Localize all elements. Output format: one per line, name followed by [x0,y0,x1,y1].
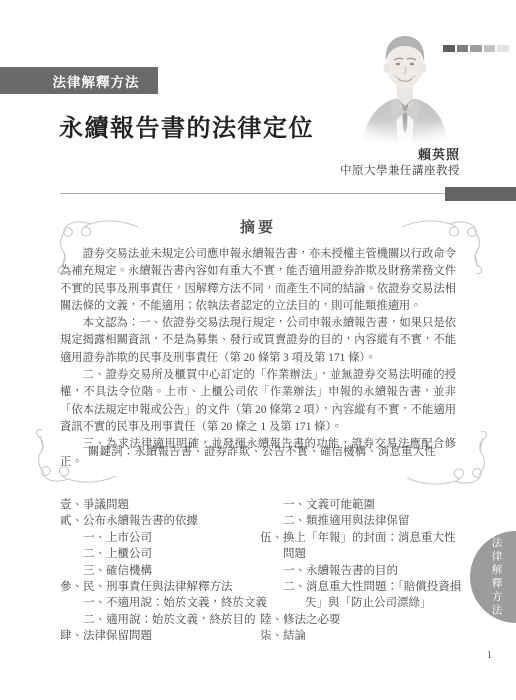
category-label: 法律解釋方法 [53,71,140,91]
decor-square [457,45,469,52]
toc-item: 壹、爭議問題 [60,497,270,513]
toc-item: 問題 [260,546,475,562]
toc-item: 二、上櫃公司 [60,546,270,562]
category-label-box: 法律解釋方法 [0,67,158,94]
abstract-paragraph: 證券交易法並未規定公司應申報永續報告書，亦未授權主管機關以行政命令為補充規定。永… [60,246,456,315]
toc-item: 失」與「防止公司漂綠」 [260,595,475,611]
toc-item: 二、消息重大性問題：「賠償投資損 [260,579,475,595]
section-side-tab-label: 法律解釋方法 [482,537,505,618]
toc-item: 陸、修法之必要 [260,612,475,628]
toc-item: 一、不適用說：始於文義，終於文義 [60,595,270,611]
article-page: 法律解釋方法 永續報告書的法律定位 [0,0,516,700]
toc-item: 貳、公布永續報告書的依據 [60,513,270,529]
decor-square [484,45,496,52]
toc-column-right: 一、文義可能範圍二、類推適用與法律保留伍、換上「年報」的封面：消息重大性問題一、… [260,497,475,645]
toc-column-left: 壹、爭議問題貳、公布永續報告書的依據一、上市公司二、上櫃公司三、確信機構參、民、… [60,497,270,645]
header-divider-line [60,193,446,194]
abstract-paragraph: 本文認為：一、依證券交易法現行規定，公司申報永續報告書，如果只是依規定揭露相關資… [60,315,456,367]
toc-item: 伍、換上「年報」的封面：消息重大性 [260,530,475,546]
toc-item: 參、民、刑事責任與法律解釋方法 [60,579,270,595]
toc-item: 一、永續報告書的目的 [260,563,475,579]
abstract-body: 證券交易法並未規定公司應申報永續報告書，亦未授權主管機關以行政命令為補充規定。永… [60,246,456,471]
abstract-paragraph: 二、證券交易所及櫃買中心訂定的「作業辦法」，並無證券交易法明確的授權，不具法令位… [60,367,456,436]
decor-square [470,45,482,52]
toc-item: 二、類推適用與法律保留 [260,513,475,529]
toc-item: 二、適用說：始於文義，終於目的 [60,612,270,628]
keywords-line: 關鍵詞：永續報告書、證券詐欺、公告不實、確信機構、消息重大性 [88,443,456,459]
toc-item: 柒、結論 [260,628,475,644]
decorative-squares [443,45,509,52]
decor-square [443,45,455,52]
toc-item: 肆、法律保留問題 [60,628,270,644]
page-number: 1 [487,649,493,661]
abstract-heading: 摘要 [60,216,456,237]
author-affiliation: 中原大學兼任講座教授 [340,162,460,178]
author-name: 賴英照 [418,144,460,163]
toc-item: 一、文義可能範圍 [260,497,475,513]
decor-square [497,45,509,52]
toc-item: 一、上市公司 [60,530,270,546]
header-divider-endcap [445,187,516,201]
page-title: 永續報告書的法律定位 [59,108,314,143]
toc-item: 三、確信機構 [60,563,270,579]
section-side-tab: 法律解釋方法 [470,531,516,623]
